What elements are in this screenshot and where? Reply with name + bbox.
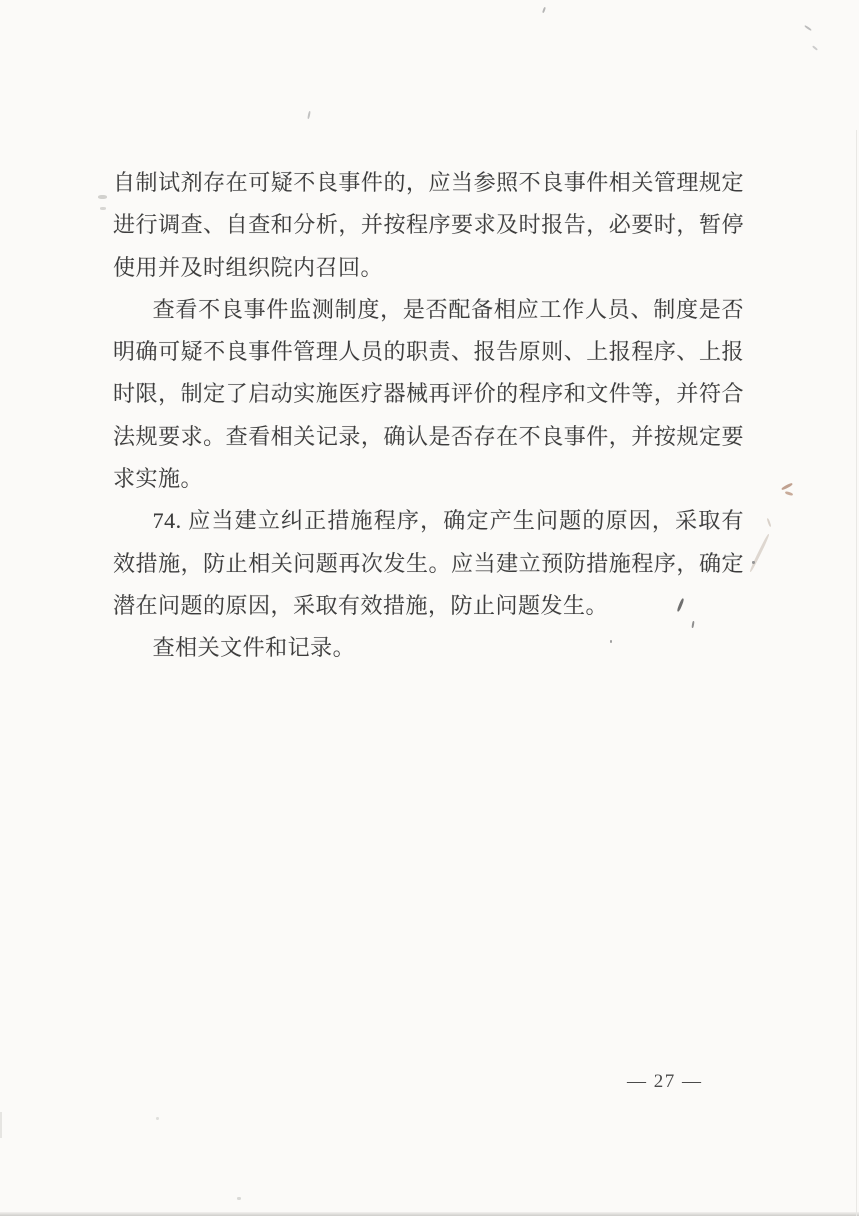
scan-edge-bottom — [0, 1212, 859, 1216]
paragraph-check-records: 查相关文件和记录。 — [113, 627, 744, 669]
document-body: 自制试剂存在可疑不良事件的，应当参照不良事件相关管理规定进行调查、自查和分析，并… — [113, 162, 744, 670]
scan-speckle — [781, 482, 793, 490]
scan-speckle — [542, 7, 546, 13]
scan-speckle — [100, 207, 106, 210]
document-page: 自制试剂存在可疑不良事件的，应当参照不良事件相关管理规定进行调查、自查和分析，并… — [0, 0, 859, 1216]
scan-speckle — [307, 111, 311, 119]
scan-speckle — [610, 640, 612, 643]
scan-edge-left — [0, 1112, 2, 1138]
paragraph-item-74: 74. 应当建立纠正措施程序，确定产生问题的原因，采取有效措施，防止相关问题再次… — [113, 500, 744, 627]
paragraph-continuation: 自制试剂存在可疑不良事件的，应当参照不良事件相关管理规定进行调查、自查和分析，并… — [113, 162, 744, 289]
paragraph-inspection-system: 查看不良事件监测制度，是否配备相应工作人员、制度是否明确可疑不良事件管理人员的职… — [113, 289, 744, 500]
scan-edge-right — [856, 130, 857, 1216]
scan-speckle — [156, 1117, 159, 1120]
scan-speckle — [98, 195, 107, 199]
scan-speckle — [767, 518, 772, 527]
scan-speckle — [237, 1197, 241, 1200]
scan-speckle — [812, 45, 818, 50]
scan-speckle — [752, 561, 755, 564]
scan-speckle — [785, 491, 794, 496]
page-number: — 27 — — [627, 1071, 703, 1093]
scan-speckle — [804, 25, 812, 31]
scan-speckle — [749, 533, 770, 572]
